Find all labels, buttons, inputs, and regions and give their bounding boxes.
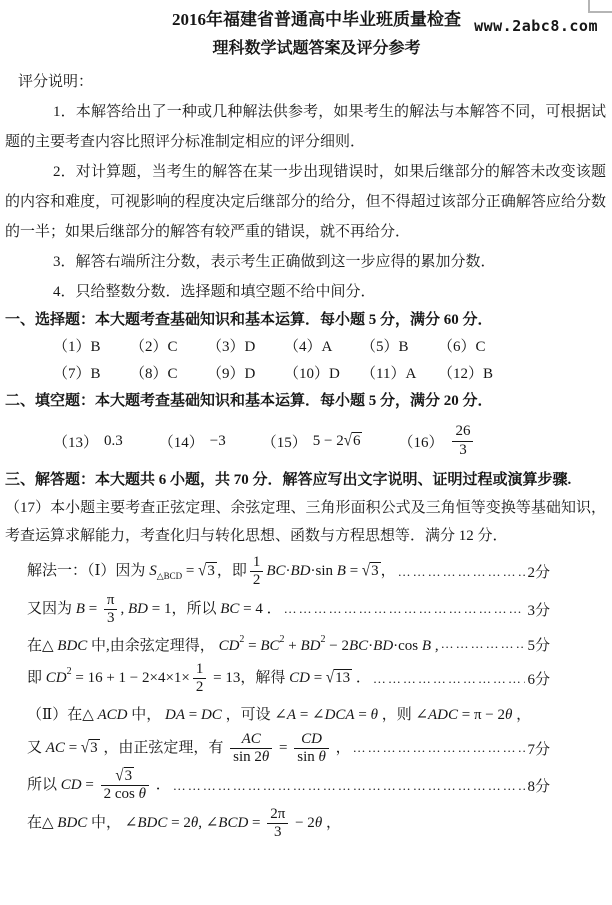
grading-note-item: 2．对计算题，当考生的解答在某一步出现错误时，如果后继部分的解答未改变该题的内容… — [5, 157, 606, 247]
score-label: 3分 — [527, 599, 550, 620]
dotted-leader: …………………………………………………………………………………………………………… — [353, 740, 526, 756]
grading-notes-heading: 评分说明： — [5, 67, 606, 97]
solution-lines: 解法一：（Ⅰ）因为 S△BCD = √3，即12BC·BD·sin B = √3… — [5, 554, 606, 841]
solution-step-text: 解法一：（Ⅰ）因为 S△BCD = √3，即12BC·BD·sin B = √3… — [27, 554, 396, 590]
answer-cell: （7）B — [53, 361, 130, 388]
score-label: 7分 — [527, 738, 550, 759]
solution-line: 解法一：（Ⅰ）因为 S△BCD = √3，即12BC·BD·sin B = √3… — [5, 554, 550, 590]
dotted-leader: …………………………………………………………………………………………………………… — [173, 778, 526, 794]
answer-cell: （3）D — [207, 334, 284, 361]
answer-cell: （12）B — [438, 361, 515, 388]
score-label: 6分 — [527, 668, 550, 689]
fill-answer-item: （14）−3 — [159, 431, 226, 452]
solution-step-text: 在△ BDC 中， ∠BDC = 2θ, ∠BCD = 2π3 − 2θ ， — [27, 806, 341, 842]
radical-sign: √3 — [81, 740, 100, 757]
score-label: 5分 — [527, 634, 550, 655]
solution-line: 在△ BDC 中， ∠BDC = 2θ, ∠BCD = 2π3 − 2θ ， — [5, 806, 550, 842]
solution-line: 又因为 B = π3, BD = 1，所以 BC = 4 ．…………………………… — [5, 592, 550, 628]
solution-line: 在△ BDC 中,由余弦定理得， CD2 = BC2 + BD2 − 2BC·B… — [5, 629, 550, 659]
grading-notes-list: 1．本解答给出了一种或几种解法供参考，如果考生的解法与本解答不同，可根据试题的主… — [5, 97, 606, 307]
fill-answer-label: （13） — [53, 431, 98, 452]
textbox-corner-mark — [588, 0, 612, 13]
answer-cell: （11）A — [361, 361, 438, 388]
fill-answer-value: 5 − 2√6 — [313, 433, 363, 450]
fraction: √32 cos θ — [101, 768, 149, 804]
solution-step-text: 即 CD2 = 16 + 1 − 2×4×1×12 = 13，解得 CD = √… — [27, 661, 371, 697]
fill-answer-label: （15） — [262, 431, 307, 452]
grading-note-item: 3．解答右端所注分数，表示考生正确做到这一步应得的累加分数． — [5, 247, 606, 277]
fill-answer-label: （14） — [159, 431, 204, 452]
fraction: 12 — [193, 661, 207, 697]
fill-answer-item: （16）263 — [398, 423, 476, 459]
answer-cell: （4）A — [284, 334, 361, 361]
dotted-leader: …………………………………………………………………………………………………………… — [284, 601, 526, 617]
fill-answer-item: （13）0.3 — [53, 431, 123, 452]
score-label: 2分 — [527, 561, 550, 582]
solution-step-text: （Ⅱ）在△ ACD 中， DA = DC ，可设 ∠A = ∠DCA = θ ，… — [27, 703, 531, 724]
dotted-leader: …………………………………………………………………………………………………………… — [398, 564, 526, 580]
section-two-heading: 二、填空题：本大题考查基础知识和基本运算．每小题 5 分，满分 20 分． — [5, 388, 606, 415]
solution-line: 又 AC = √3 ，由正弦定理，有 ACsin 2θ = CDsin θ ，…… — [5, 731, 550, 767]
fraction: 2π3 — [267, 806, 288, 842]
answer-cell: （1）B — [53, 334, 130, 361]
fill-answer-value: −3 — [210, 433, 226, 450]
title-block: 2016年福建省普通高中毕业班质量检查 理科数学试题答案及评分参考 — [5, 6, 606, 64]
dotted-leader: …………………………………………………………………………………………………………… — [373, 671, 526, 687]
answer-cell: （9）D — [207, 361, 284, 388]
fraction: CDsin θ — [294, 731, 329, 767]
answer-cell: （6）C — [438, 334, 515, 361]
solution-step-text: 在△ BDC 中,由余弦定理得， CD2 = BC2 + BD2 − 2BC·B… — [27, 634, 439, 655]
mc-answers-row-2: （7）B（8）C（9）D（10）D（11）A（12）B — [5, 361, 606, 388]
fill-in-answers-row: （13）0.3（14）−3（15）5 − 2√6（16）263 — [5, 415, 606, 467]
answer-cell: （5）B — [361, 334, 438, 361]
radical-sign: √3 — [198, 563, 217, 580]
fill-answer-item: （15）5 − 2√6 — [262, 431, 363, 452]
fill-answer-value: 263 — [449, 423, 476, 459]
fill-answer-value: 0.3 — [104, 433, 123, 450]
radical-sign: √13 — [326, 670, 352, 687]
radical-sign: √6 — [344, 433, 363, 450]
radical-sign: √3 — [362, 563, 381, 580]
fraction: 12 — [250, 554, 264, 590]
radical-sign: √3 — [115, 768, 134, 785]
dotted-leader: …………………………………………………………………………………………………………… — [441, 636, 526, 652]
document-page: www.2abc8.com 2016年福建省普通高中毕业班质量检查 理科数学试题… — [0, 0, 612, 899]
solution-step-text: 所以 CD = √32 cos θ ． — [27, 768, 171, 804]
watermark-text: www.2abc8.com — [474, 17, 598, 35]
grading-note-item: 1．本解答给出了一种或几种解法供参考，如果考生的解法与本解答不同，可根据试题的主… — [5, 97, 606, 157]
solution-line: （Ⅱ）在△ ACD 中， DA = DC ，可设 ∠A = ∠DCA = θ ，… — [5, 699, 550, 729]
answer-cell: （8）C — [130, 361, 207, 388]
answer-cell: （10）D — [284, 361, 361, 388]
solution-step-text: 又 AC = √3 ，由正弦定理，有 ACsin 2θ = CDsin θ ， — [27, 731, 351, 767]
section-one-heading: 一、选择题：本大题考查基础知识和基本运算．每小题 5 分，满分 60 分． — [5, 307, 606, 334]
exam-subtitle: 理科数学试题答案及评分参考 — [27, 34, 606, 64]
grading-note-item: 4．只给整数分数．选择题和填空题不给中间分． — [5, 277, 606, 307]
solution-line: 即 CD2 = 16 + 1 − 2×4×1×12 = 13，解得 CD = √… — [5, 661, 550, 697]
q17-intro: （17）本小题主要考查正弦定理、余弦定理、三角形面积公式及三角恒等变换等基础知识… — [5, 494, 606, 550]
fraction: ACsin 2θ — [230, 731, 272, 767]
solution-line: 所以 CD = √32 cos θ ．………………………………………………………… — [5, 768, 550, 804]
mc-answers-row-1: （1）B（2）C（3）D（4）A（5）B（6）C — [5, 334, 606, 361]
solution-step-text: 又因为 B = π3, BD = 1，所以 BC = 4 ． — [27, 592, 282, 628]
section-three-heading: 三、解答题：本大题共 6 小题，共 70 分．解答应写出文字说明、证明过程或演算… — [5, 467, 606, 494]
fraction: 263 — [452, 423, 473, 459]
score-label: 8分 — [527, 775, 550, 796]
answer-cell: （2）C — [130, 334, 207, 361]
fraction: π3 — [104, 592, 118, 628]
fill-answer-label: （16） — [398, 431, 443, 452]
